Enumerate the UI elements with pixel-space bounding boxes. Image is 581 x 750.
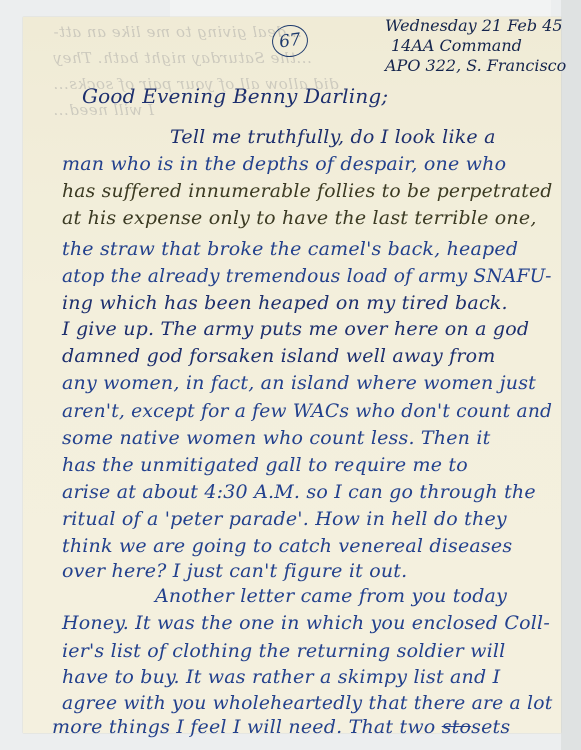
letter-line: Tell me truthfully, do I look like a [170, 126, 496, 148]
bleed-through-text: ...the Saturday night bath. They [53, 49, 312, 67]
letter-line: over here? I just can't figure it out. [62, 560, 407, 582]
letter-line-end: sets [471, 716, 510, 738]
letter-line: ing which has been heaped on my tired ba… [62, 292, 508, 314]
letter-line: at his expense only to have the last ter… [62, 207, 537, 229]
letter-line: Another letter came from you today [155, 585, 507, 607]
letter-line: ritual of a 'peter parade'. How in hell … [62, 508, 507, 530]
header-address: APO 322, S. Francisco [385, 56, 566, 76]
scanner-background-right [561, 0, 581, 750]
letter-line: have to buy. It was rather a skimpy list… [62, 666, 500, 688]
struck-out-word: sto [442, 716, 471, 738]
letter-line: atop the already tremendous load of army… [62, 265, 552, 287]
letter-line-text: more things I feel I will need. That two [52, 716, 435, 738]
letter-line: any women, in fact, an island where wome… [62, 372, 536, 394]
letter-line: arise at about 4:30 A.M. so I can go thr… [62, 481, 536, 503]
letter-line: Honey. It was the one in which you enclo… [62, 612, 550, 634]
letter-line: agree with you wholeheartedly that there… [62, 692, 552, 714]
letter-line: think we are going to catch venereal dis… [62, 535, 512, 557]
header-unit: 14AA Command [391, 36, 566, 56]
greeting: Good Evening Benny Darling; [82, 84, 388, 108]
letter-line: the straw that broke the camel's back, h… [62, 238, 518, 260]
letter-line: ier's list of clothing the returning sol… [62, 640, 505, 662]
letter-line: aren't, except for a few WACs who don't … [62, 400, 552, 422]
letter-line: some native women who count less. Then i… [62, 427, 490, 449]
letter-line: has the unmitigated gall to require me t… [62, 454, 468, 476]
letter-header: Wednesday 21 Feb 45 14AA Command APO 322… [385, 16, 566, 76]
scanner-background-top [170, 0, 551, 17]
header-date: Wednesday 21 Feb 45 [385, 16, 566, 36]
letter-line: has suffered innumerable follies to be p… [62, 180, 552, 202]
letter-line-last: more things I feel I will need. That two… [52, 716, 510, 738]
letter-line: man who is in the depths of despair, one… [62, 153, 506, 175]
letter-line: I give up. The army puts me over here on… [62, 318, 529, 340]
letter-line: damned god forsaken island well away fro… [62, 345, 496, 367]
bleed-through-text: ...deal giving to me like an att- [53, 23, 302, 41]
